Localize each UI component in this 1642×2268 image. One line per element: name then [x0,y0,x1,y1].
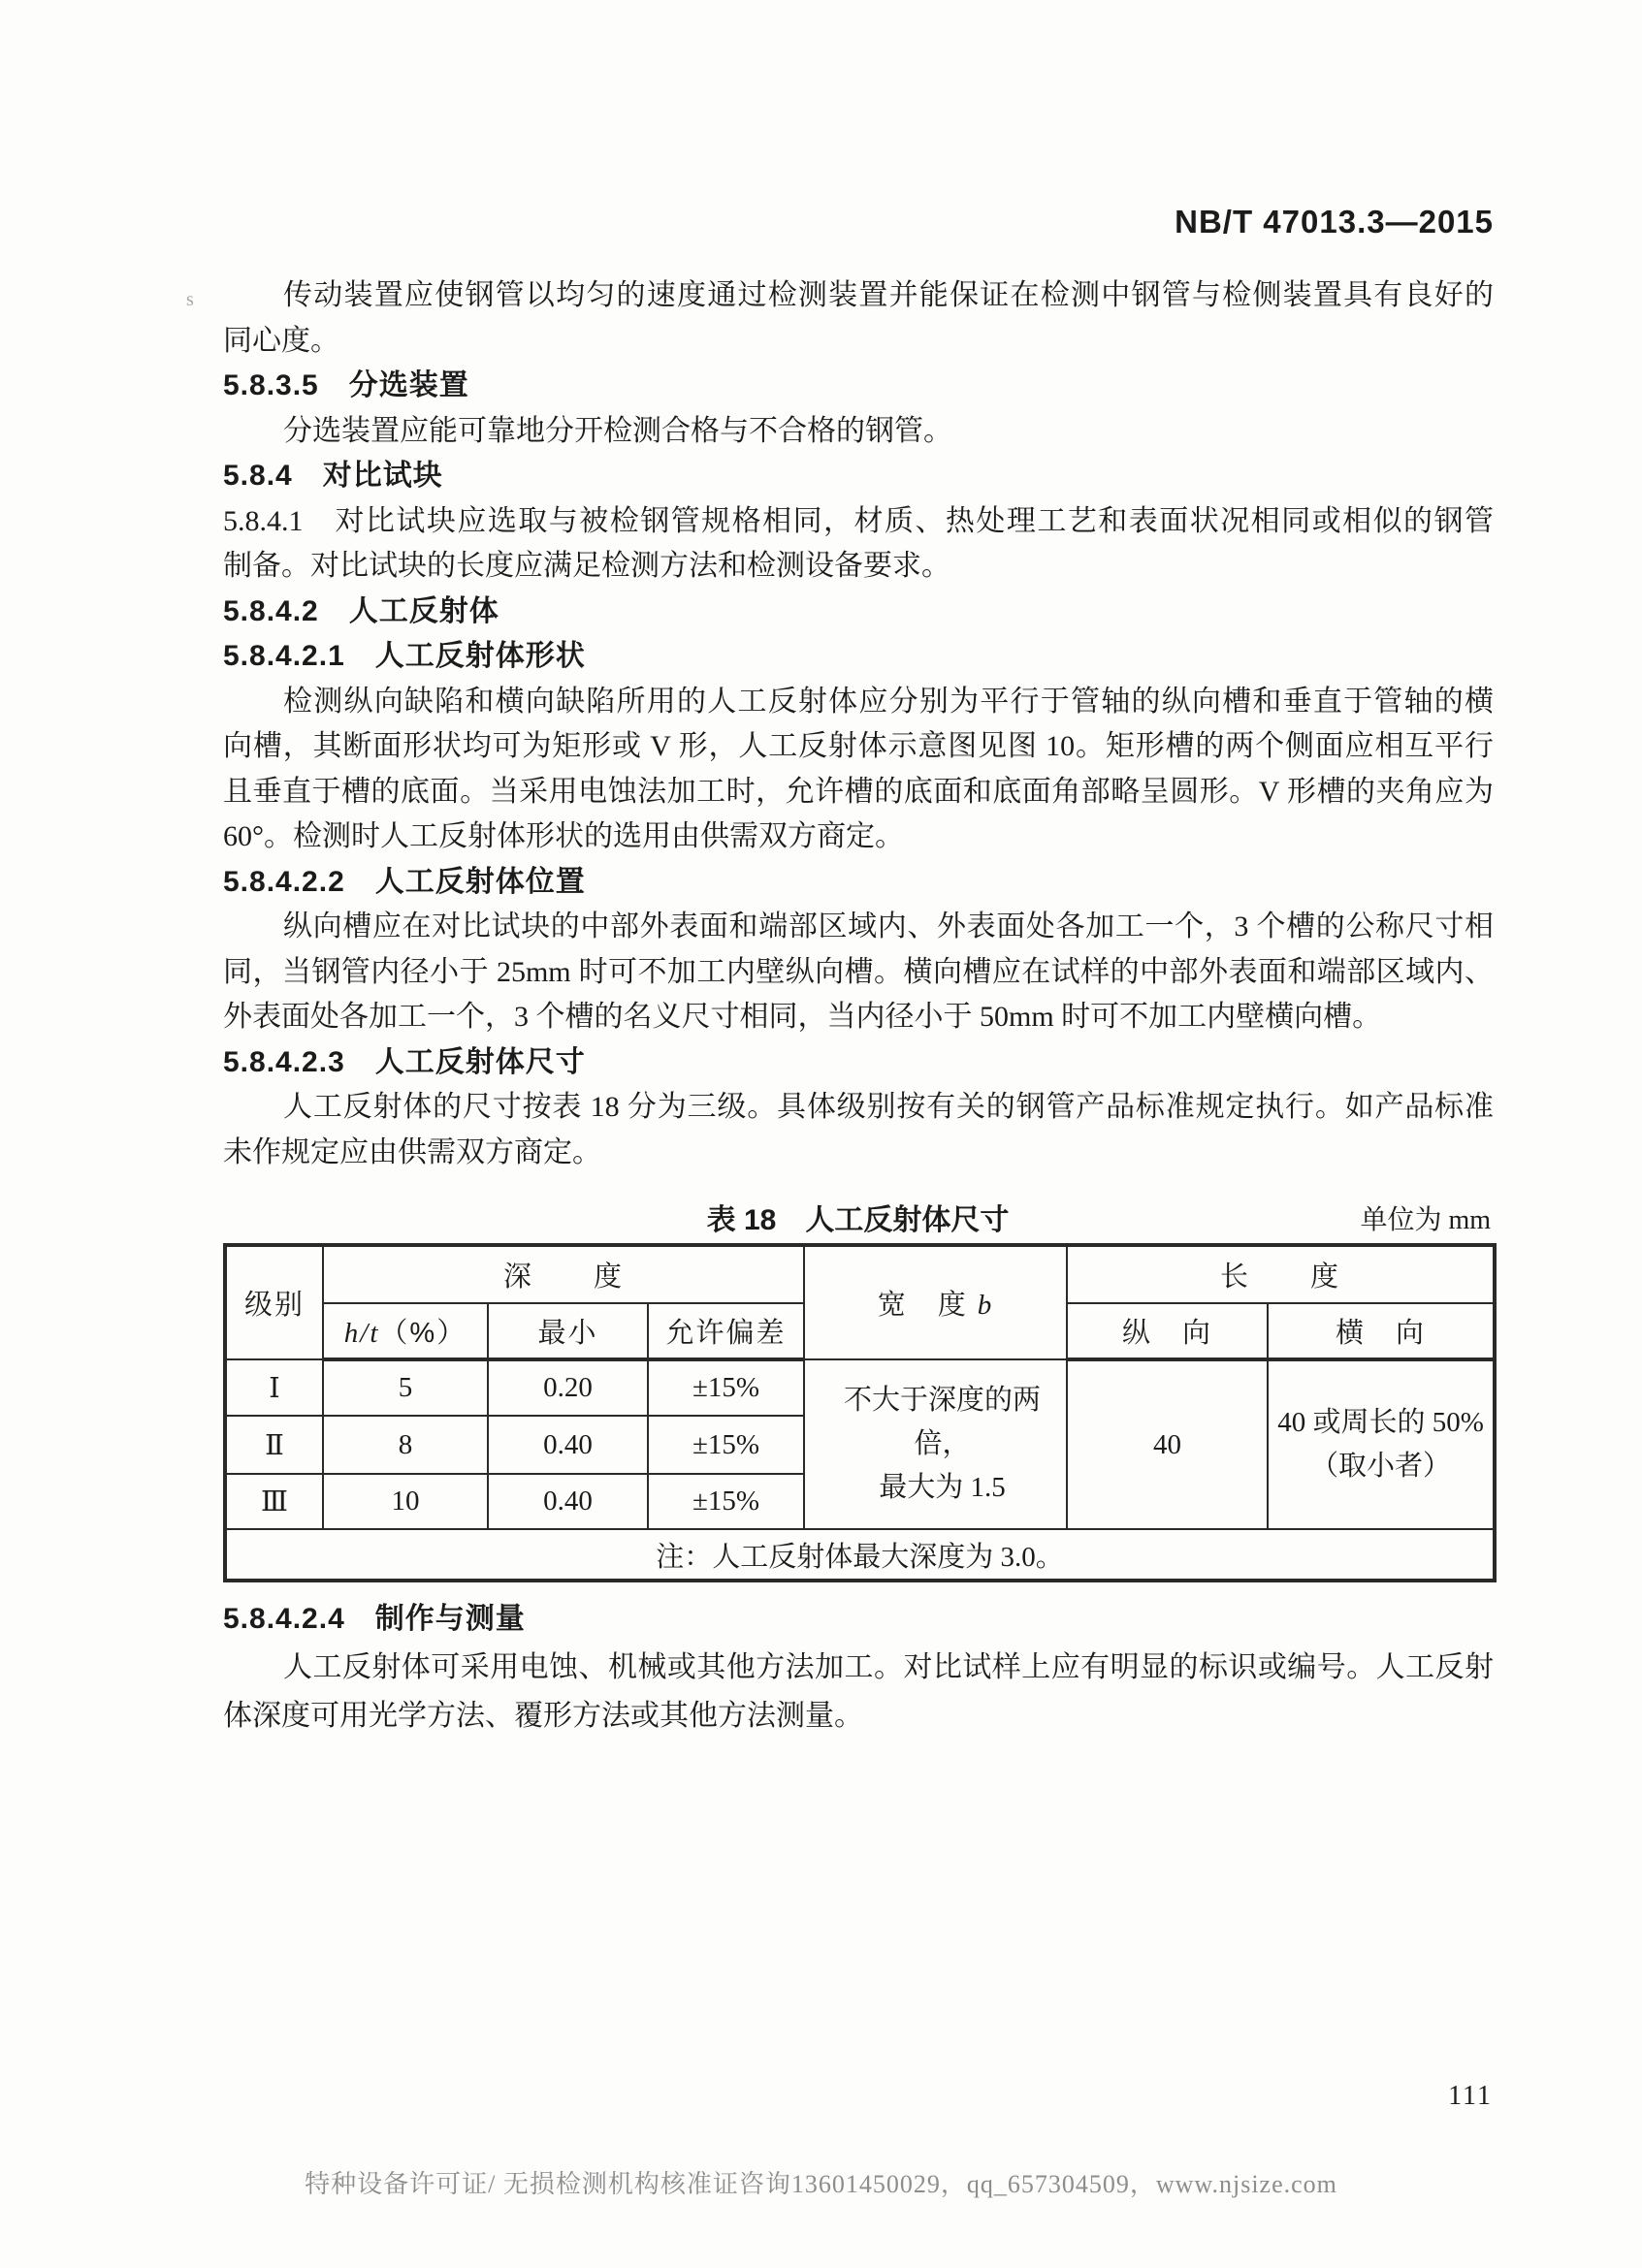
longitudinal-merged-cell: 40 [1067,1359,1268,1529]
width-label: 宽 度 [878,1290,968,1321]
paragraph-line: 且垂直于槽的底面。当采用电蚀法加工时，允许槽的底面和底面角部略呈圆形。V 形槽的… [223,770,1494,815]
table-caption-bar: 表 18 人工反射体尺寸 单位为 mm [223,1196,1493,1236]
level-cell: Ⅱ [225,1416,323,1474]
table-unit-label: 单位为 mm [1360,1198,1491,1237]
ht-percent: （%） [379,1318,467,1349]
width-symbol: b [978,1290,994,1321]
table-18-artificial-reflector-dimensions: 级别 深 度 宽 度 b 长 度 h/t（%） 最小 允许偏差 纵 向 横 向 … [223,1243,1497,1582]
section-heading-5-8-4-2-4: 5.8.4.2.4 制作与测量 [223,1595,1494,1644]
section-heading-5-8-4-2: 5.8.4.2 人工反射体 [223,590,1494,635]
section-heading-5-8-4-2-2: 5.8.4.2.2 人工反射体位置 [223,860,1494,906]
paragraph-line: 向槽，其断面形状均可为矩形或 V 形，人工反射体示意图见图 10。矩形槽的两个侧… [223,724,1494,770]
width-merged-cell: 不大于深度的两倍， 最大为 1.5 [804,1359,1067,1529]
paragraph-line: 外表面处各加工一个，3 个槽的名义尺寸相同，当内径小于 50mm 时可不加工内壁… [223,995,1494,1040]
tol-cell: ±15% [648,1416,804,1474]
scan-artifact: s [186,289,194,311]
document-page: NB/T 47013.3—2015 s 传动装置应使钢管以均匀的速度通过检测装置… [0,0,1642,2268]
col-header-length-group: 长 度 [1067,1245,1495,1303]
section-heading-5-8-4-2-3: 5.8.4.2.3 人工反射体尺寸 [223,1040,1494,1086]
tol-cell: ±15% [648,1474,804,1529]
ht-cell: 10 [323,1474,488,1529]
min-cell: 0.20 [488,1359,648,1416]
page-number: 111 [223,2081,1493,2112]
paragraph-line: 传动装置应使钢管以均匀的速度通过检测装置并能保证在检测中钢管与检侧装置具有良好的 [223,273,1494,319]
transverse-merged-cell: 40 或周长的 50% （取小者） [1268,1359,1495,1529]
level-cell: Ⅲ [225,1474,323,1529]
tol-cell: ±15% [648,1359,804,1416]
standard-code-header: NB/T 47013.3—2015 [223,204,1494,240]
table-note: 注：人工反射体最大深度为 3.0。 [225,1529,1495,1581]
ht-cell: 8 [323,1416,488,1474]
section-heading-5-8-4: 5.8.4 对比试块 [223,454,1494,499]
section-paragraph-5-8-4-1: 5.8.4.1 对比试块应选取与被检钢管规格相同，材质、热处理工艺和表面状况相同… [223,499,1494,545]
paragraph-line: 体深度可用光学方法、覆形方法或其他方法测量。 [223,1692,1494,1741]
paragraph-line: 制备。对比试块的长度应满足检测方法和检测设备要求。 [223,544,1494,590]
col-header-minimum: 最小 [488,1303,648,1359]
col-header-ht-percent: h/t（%） [323,1303,488,1359]
col-header-transverse: 横 向 [1268,1303,1495,1359]
paragraph-line: 纵向槽应在对比试块的中部外表面和端部区域内、外表面处各加工一个，3 个槽的公称尺… [223,905,1494,950]
min-cell: 0.40 [488,1474,648,1529]
paragraph-line: 人工反射体可采用电蚀、机械或其他方法加工。对比试样上应有明显的标识或编号。人工反… [223,1644,1494,1692]
section-heading-5-8-4-2-1: 5.8.4.2.1 人工反射体形状 [223,634,1494,680]
paragraph-line: 同心度。 [223,319,1494,365]
level-cell: Ⅰ [225,1359,323,1416]
paragraph-line: 分选装置应能可靠地分开检测合格与不合格的钢管。 [223,409,1494,455]
transverse-value-line1: 40 或周长的 50% [1269,1401,1493,1445]
table-note-row: 注：人工反射体最大深度为 3.0。 [225,1529,1495,1581]
ht-cell: 5 [323,1359,488,1416]
paragraph-line: 检测纵向缺陷和横向缺陷所用的人工反射体应分别为平行于管轴的纵向槽和垂直于管轴的横 [223,680,1494,725]
width-value-line2: 最大为 1.5 [805,1466,1066,1510]
col-header-longitudinal: 纵 向 [1067,1303,1268,1359]
footer-watermark: 特种设备许可证/ 无损检测机构核准证咨询13601450029，qq_65730… [0,2164,1642,2200]
paragraph-line: 人工反射体的尺寸按表 18 分为三级。具体级别按有关的钢管产品标准规定执行。如产… [223,1085,1494,1131]
paragraph-line: 60°。检测时人工反射体形状的选用由供需双方商定。 [223,815,1494,860]
paragraph-line: 同，当钢管内径小于 25mm 时可不加工内壁纵向槽。横向槽应在试样的中部外表面和… [223,950,1494,996]
table-caption: 表 18 人工反射体尺寸 [223,1196,1493,1238]
col-header-width: 宽 度 b [804,1245,1067,1359]
col-header-level: 级别 [225,1245,323,1359]
body-text-lower: 5.8.4.2.4 制作与测量 人工反射体可采用电蚀、机械或其他方法加工。对比试… [223,1595,1494,1741]
paragraph-line: 未作规定应由供需双方商定。 [223,1131,1494,1176]
body-text-upper: 传动装置应使钢管以均匀的速度通过检测装置并能保证在检测中钢管与检侧装置具有良好的… [223,273,1494,1175]
ht-symbol: h/t [344,1318,380,1349]
transverse-value-line2: （取小者） [1269,1445,1493,1488]
min-cell: 0.40 [488,1416,648,1474]
col-header-depth-group: 深 度 [323,1245,804,1303]
width-value-line1: 不大于深度的两倍， [805,1379,1066,1466]
section-heading-5-8-3-5: 5.8.3.5 分选装置 [223,364,1494,409]
table-row: Ⅰ 5 0.20 ±15% 不大于深度的两倍， 最大为 1.5 40 40 或周… [225,1359,1495,1416]
col-header-tolerance: 允许偏差 [648,1303,804,1359]
